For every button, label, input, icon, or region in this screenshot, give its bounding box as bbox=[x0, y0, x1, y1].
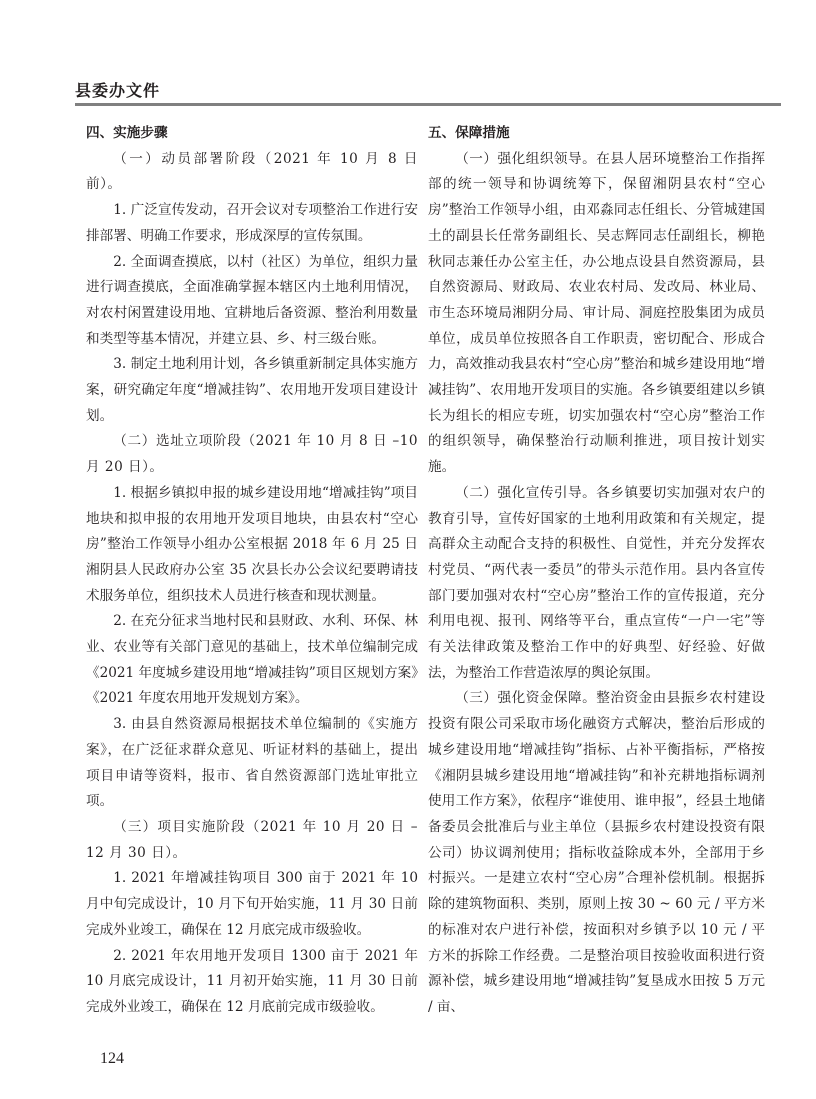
paragraph: （一）强化组织领导。在县人居环境整治工作指挥部的统一领导和协调统筹下，保留湘阴县… bbox=[428, 147, 765, 481]
stage-heading: （二）选址立项阶段（2021 年 10 月 8 日 –10 月 20 日）。 bbox=[86, 429, 418, 480]
stage-heading: （三）项目实施阶段（2021 年 10 月 20 日 –12 月 30 日）。 bbox=[86, 815, 418, 866]
paragraph: 3. 由县自然资源局根据技术单位编制的《实施方案》，在广泛征求群众意见、听证材料… bbox=[86, 712, 418, 815]
stage-heading: （一）动员部署阶段（2021 年 10 月 8 日前）。 bbox=[86, 147, 418, 198]
paragraph: （二）强化宣传引导。各乡镇要切实加强对农户的教育引导，宣传好国家的土地利用政策和… bbox=[428, 481, 765, 687]
right-column: 五、保障措施 （一）强化组织领导。在县人居环境整治工作指挥部的统一领导和协调统筹… bbox=[428, 121, 765, 1021]
section-heading-implementation-steps: 四、实施步骤 bbox=[86, 121, 418, 147]
paragraph: 1. 2021 年增减挂钩项目 300 亩于 2021 年 10 月中旬完成设计… bbox=[86, 866, 418, 943]
paragraph: 3. 制定土地利用计划，各乡镇重新制定具体实施方案，研究确定年度“增减挂钩”、农… bbox=[86, 352, 418, 429]
document-header-title: 县委办文件 bbox=[75, 78, 160, 101]
paragraph: 2. 在充分征求当地村民和县财政、水利、环保、林业、农业等有关部门意见的基础上，… bbox=[86, 609, 418, 712]
paragraph: 2. 全面调查摸底，以村（社区）为单位，组织力量进行调查摸底，全面准确掌握本辖区… bbox=[86, 250, 418, 353]
paragraph: 2. 2021 年农用地开发项目 1300 亩于 2021 年 10 月底完成设… bbox=[86, 944, 418, 1021]
page-number: 124 bbox=[100, 1050, 124, 1068]
paragraph: 1. 根据乡镇拟申报的城乡建设用地“增减挂钩”项目地块和拟申报的农用地开发项目地… bbox=[86, 481, 418, 610]
left-column: 四、实施步骤 （一）动员部署阶段（2021 年 10 月 8 日前）。 1. 广… bbox=[86, 121, 418, 1021]
header-divider bbox=[75, 103, 781, 106]
section-heading-safeguard-measures: 五、保障措施 bbox=[428, 121, 765, 147]
paragraph: （三）强化资金保障。整治资金由县振乡农村建设投资有限公司采取市场化融资方式解决，… bbox=[428, 686, 765, 1020]
paragraph: 1. 广泛宣传发动，召开会议对专项整治工作进行安排部署、明确工作要求，形成深厚的… bbox=[86, 198, 418, 249]
